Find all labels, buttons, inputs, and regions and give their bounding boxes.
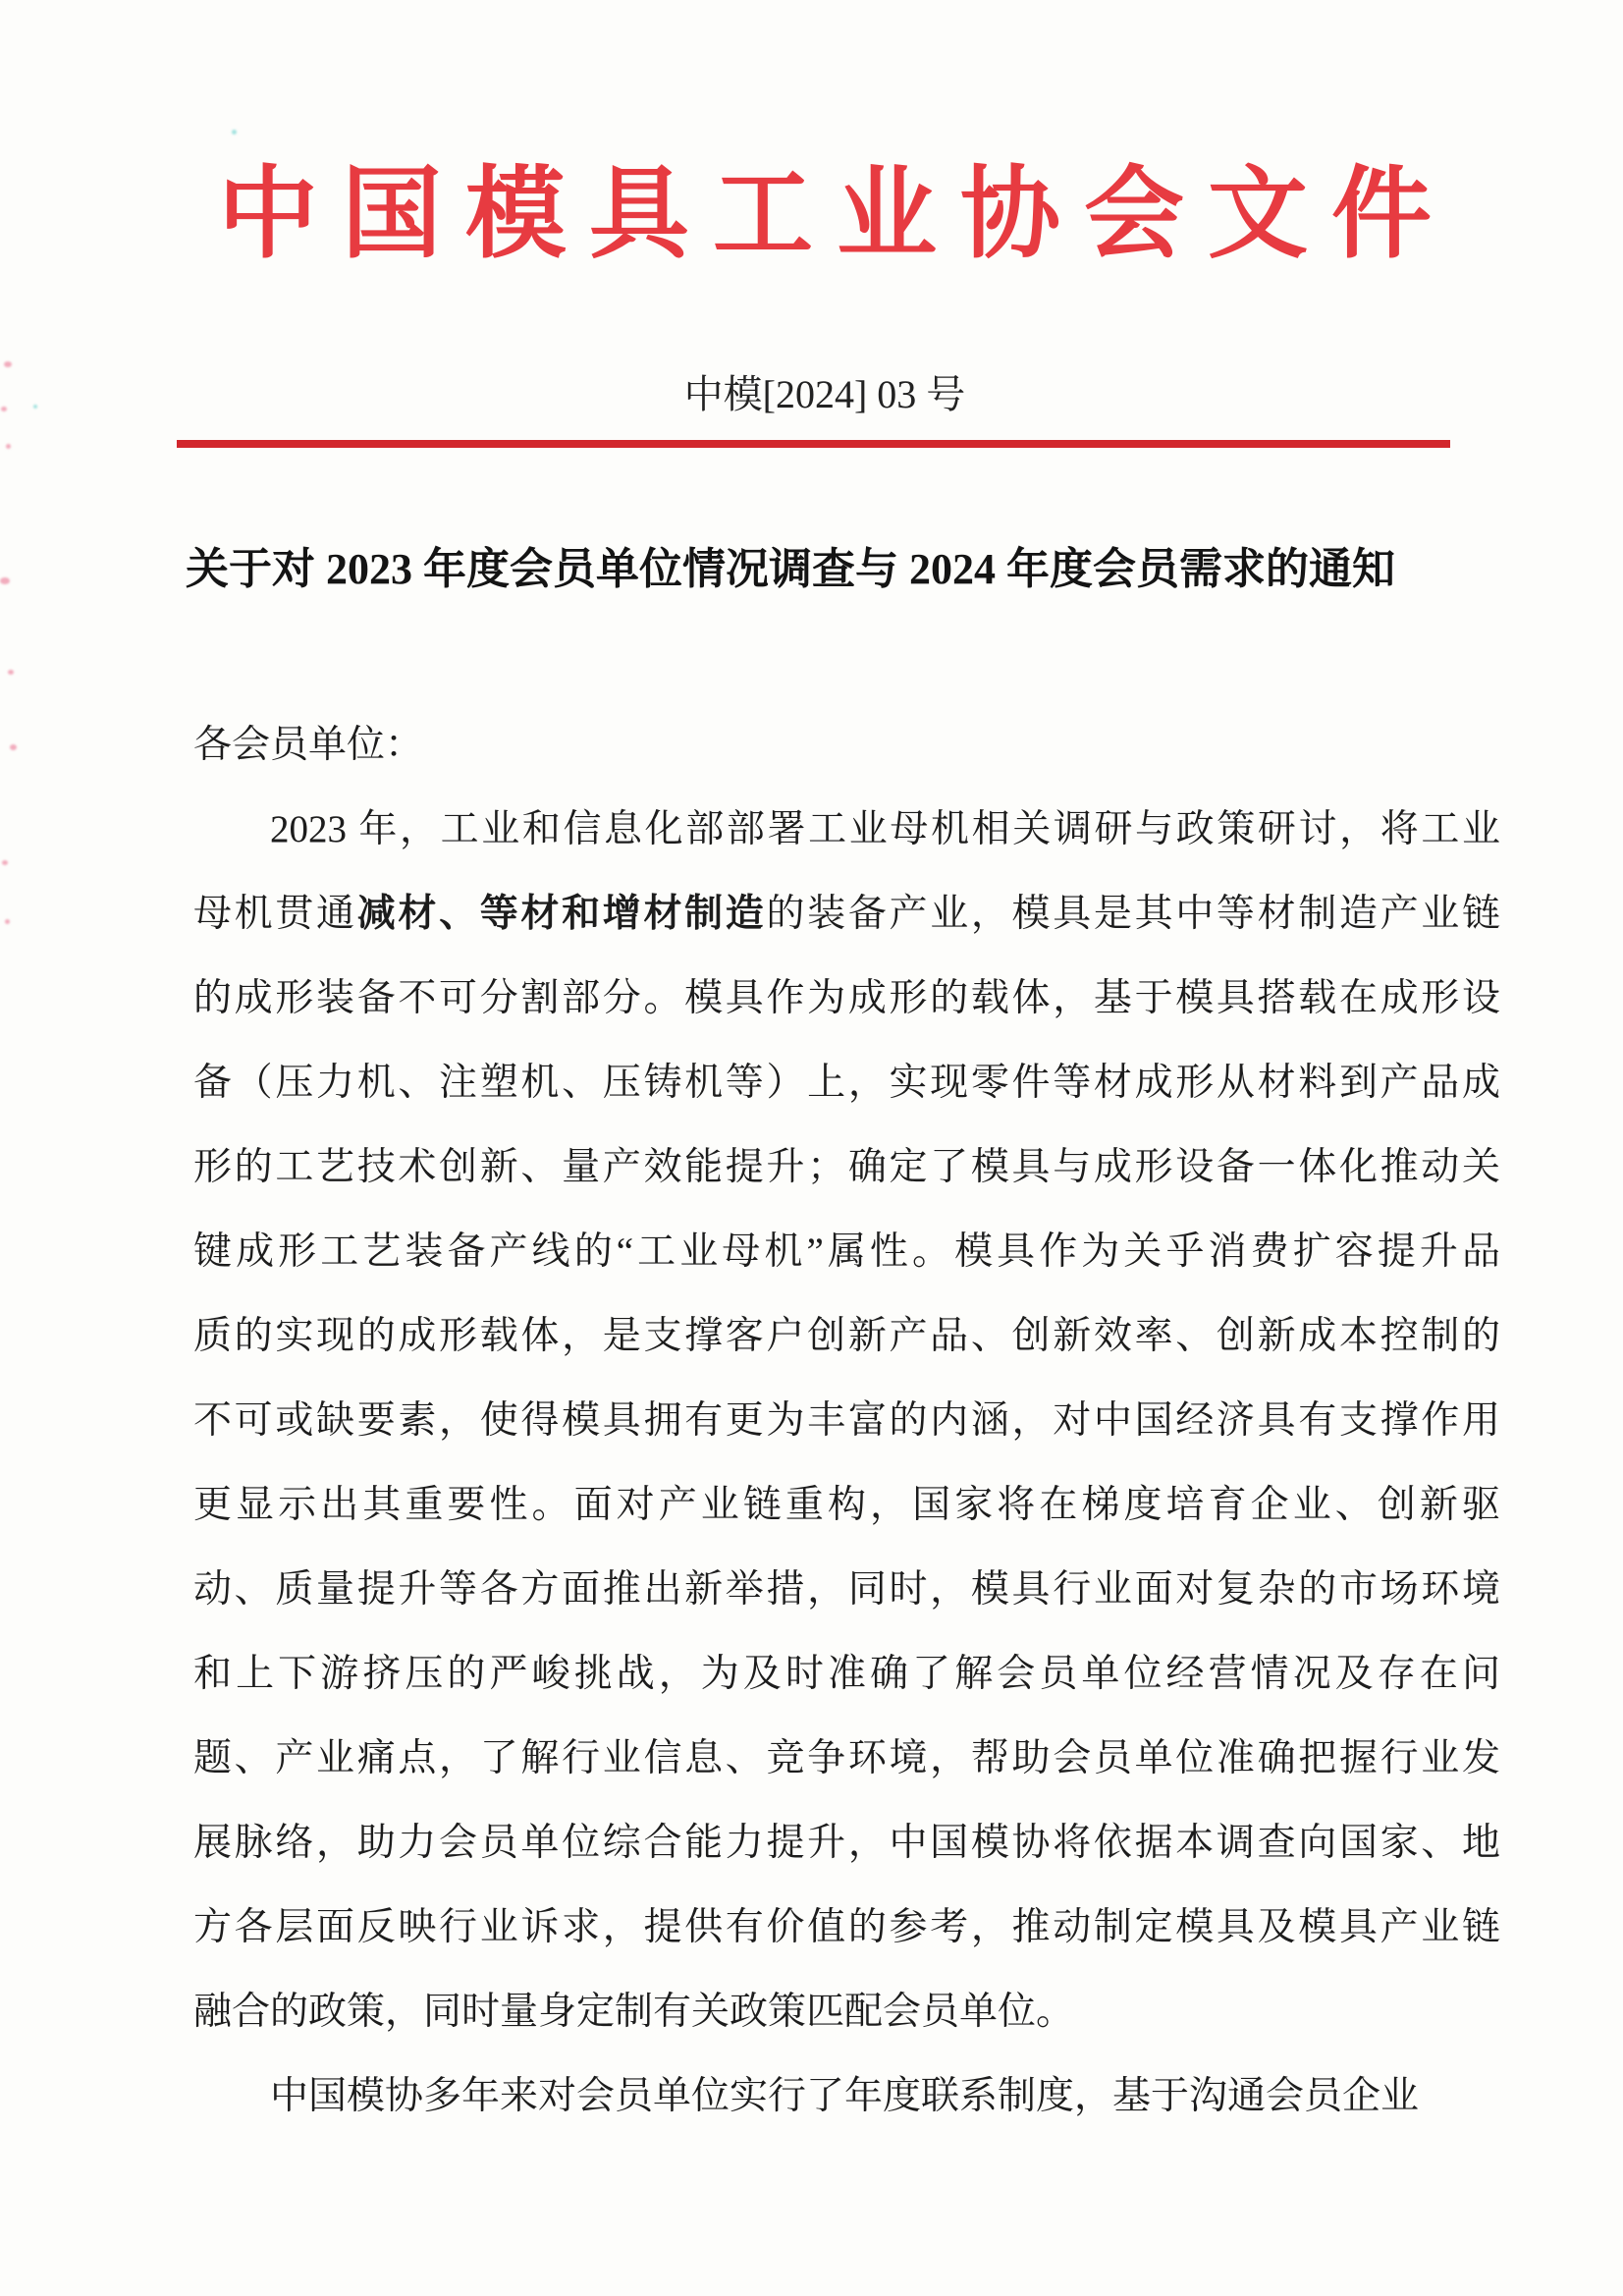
body-line: 方各层面反映行业诉求，提供有价值的参考，推动制定模具及模具产业链: [193, 1886, 1500, 1970]
letterhead-org-title: 中国模具工业协会文件: [147, 157, 1502, 275]
body-line: 中国模协多年来对会员单位实行了年度联系制度，基于沟通会员企业: [193, 2054, 1500, 2139]
body-text-segment-bold: 减材、等材和增材制造: [357, 893, 767, 935]
body-line: 展脉络，助力会员单位综合能力提升，中国模协将依据本调查向国家、地: [193, 1801, 1500, 1886]
body-text-segment: 不可或缺要素，使得模具拥有更为丰富的内涵，对中国经济具有支撑作用: [193, 1399, 1500, 1442]
body-text-segment: 动、质量提升等各方面推出新举措，同时，模具行业面对复杂的市场环境: [193, 1568, 1500, 1611]
body-line: 键成形工艺装备产线的“工业母机”属性。模具作为关乎消费扩容提升品: [193, 1210, 1500, 1294]
scan-speckle: [10, 744, 17, 750]
body-line: 的成形装备不可分割部分。模具作为成形的载体，基于模具搭载在成形设: [193, 957, 1500, 1041]
body-line: 动、质量提升等各方面推出新举措，同时，模具行业面对复杂的市场环境: [193, 1548, 1500, 1632]
body-line: 2023 年，工业和信息化部部署工业母机相关调研与政策研讨，将工业: [193, 788, 1500, 872]
scan-speckle: [33, 405, 37, 409]
body-text-segment: 融合的政策，同时量身定制有关政策匹配会员单位。: [193, 1991, 1074, 2033]
body-text-segment: 展脉络，助力会员单位综合能力提升，中国模协将依据本调查向国家、地: [193, 1822, 1500, 1864]
scan-speckle: [4, 361, 12, 367]
red-divider-rule: [177, 440, 1450, 448]
body-line: 题、产业痛点，了解行业信息、竞争环境，帮助会员单位准确把握行业发: [193, 1717, 1500, 1801]
body-line: 各会员单位：: [193, 703, 1500, 788]
body-line: 形的工艺技术创新、量产效能提升；确定了模具与成形设备一体化推动关: [193, 1125, 1500, 1210]
body-line: 不可或缺要素，使得模具拥有更为丰富的内涵，对中国经济具有支撑作用: [193, 1379, 1500, 1463]
scan-speckle: [1, 407, 7, 411]
body-text-segment: 的成形装备不可分割部分。模具作为成形的载体，基于模具搭载在成形设: [193, 977, 1500, 1019]
body-text-segment: 母机贯通: [193, 893, 357, 935]
scan-speckle: [0, 577, 10, 584]
body-text-segment: 题、产业痛点，了解行业信息、竞争环境，帮助会员单位准确把握行业发: [193, 1737, 1500, 1779]
body-text-segment: 的装备产业，模具是其中等材制造产业链: [766, 893, 1500, 935]
body-text-segment: 形的工艺技术创新、量产效能提升；确定了模具与成形设备一体化推动关: [193, 1146, 1500, 1188]
body-text: 各会员单位：2023 年，工业和信息化部部署工业母机相关调研与政策研讨，将工业母…: [193, 703, 1500, 2139]
scan-speckle: [5, 919, 10, 924]
body-text-segment: 中国模协多年来对会员单位实行了年度联系制度，基于沟通会员企业: [270, 2075, 1419, 2117]
doc-number: 中模[2024] 03 号: [147, 369, 1502, 420]
body-line: 备（压力机、注塑机、压铸机等）上，实现零件等材成形从材料到产品成: [193, 1041, 1500, 1125]
body-text-segment: 备（压力机、注塑机、压铸机等）上，实现零件等材成形从材料到产品成: [193, 1062, 1500, 1104]
body-text-segment: 2023 年，工业和信息化部部署工业母机相关调研与政策研讨，将工业: [270, 808, 1500, 850]
body-text-segment: 和上下游挤压的严峻挑战，为及时准确了解会员单位经营情况及存在问: [193, 1653, 1500, 1695]
scan-speckle: [2, 860, 8, 865]
doc-title: 关于对 2023 年度会员单位情况调查与 2024 年度会员需求的通知: [128, 542, 1453, 597]
body-line: 质的实现的成形载体，是支撑客户创新产品、创新效率、创新成本控制的: [193, 1294, 1500, 1379]
body-text-segment: 更显示出其重要性。面对产业链重构，国家将在梯度培育企业、创新驱: [193, 1484, 1500, 1526]
body-text-segment: 质的实现的成形载体，是支撑客户创新产品、创新效率、创新成本控制的: [193, 1315, 1500, 1357]
body-line: 融合的政策，同时量身定制有关政策匹配会员单位。: [193, 1970, 1500, 2054]
body-line: 母机贯通减材、等材和增材制造的装备产业，模具是其中等材制造产业链: [193, 872, 1500, 957]
scan-speckle: [6, 444, 11, 449]
body-text-segment: 键成形工艺装备产线的“工业母机”属性。模具作为关乎消费扩容提升品: [193, 1230, 1500, 1273]
body-text-segment: 方各层面反映行业诉求，提供有价值的参考，推动制定模具及模具产业链: [193, 1906, 1500, 1948]
body-line: 和上下游挤压的严峻挑战，为及时准确了解会员单位经营情况及存在问: [193, 1632, 1500, 1717]
scan-speckle: [8, 670, 14, 675]
body-line: 更显示出其重要性。面对产业链重构，国家将在梯度培育企业、创新驱: [193, 1463, 1500, 1548]
scan-speckle: [232, 130, 237, 135]
body-text-segment: 各会员单位：: [193, 724, 423, 766]
document-page: 中国模具工业协会文件 中模[2024] 03 号 关于对 2023 年度会员单位…: [0, 0, 1623, 2296]
